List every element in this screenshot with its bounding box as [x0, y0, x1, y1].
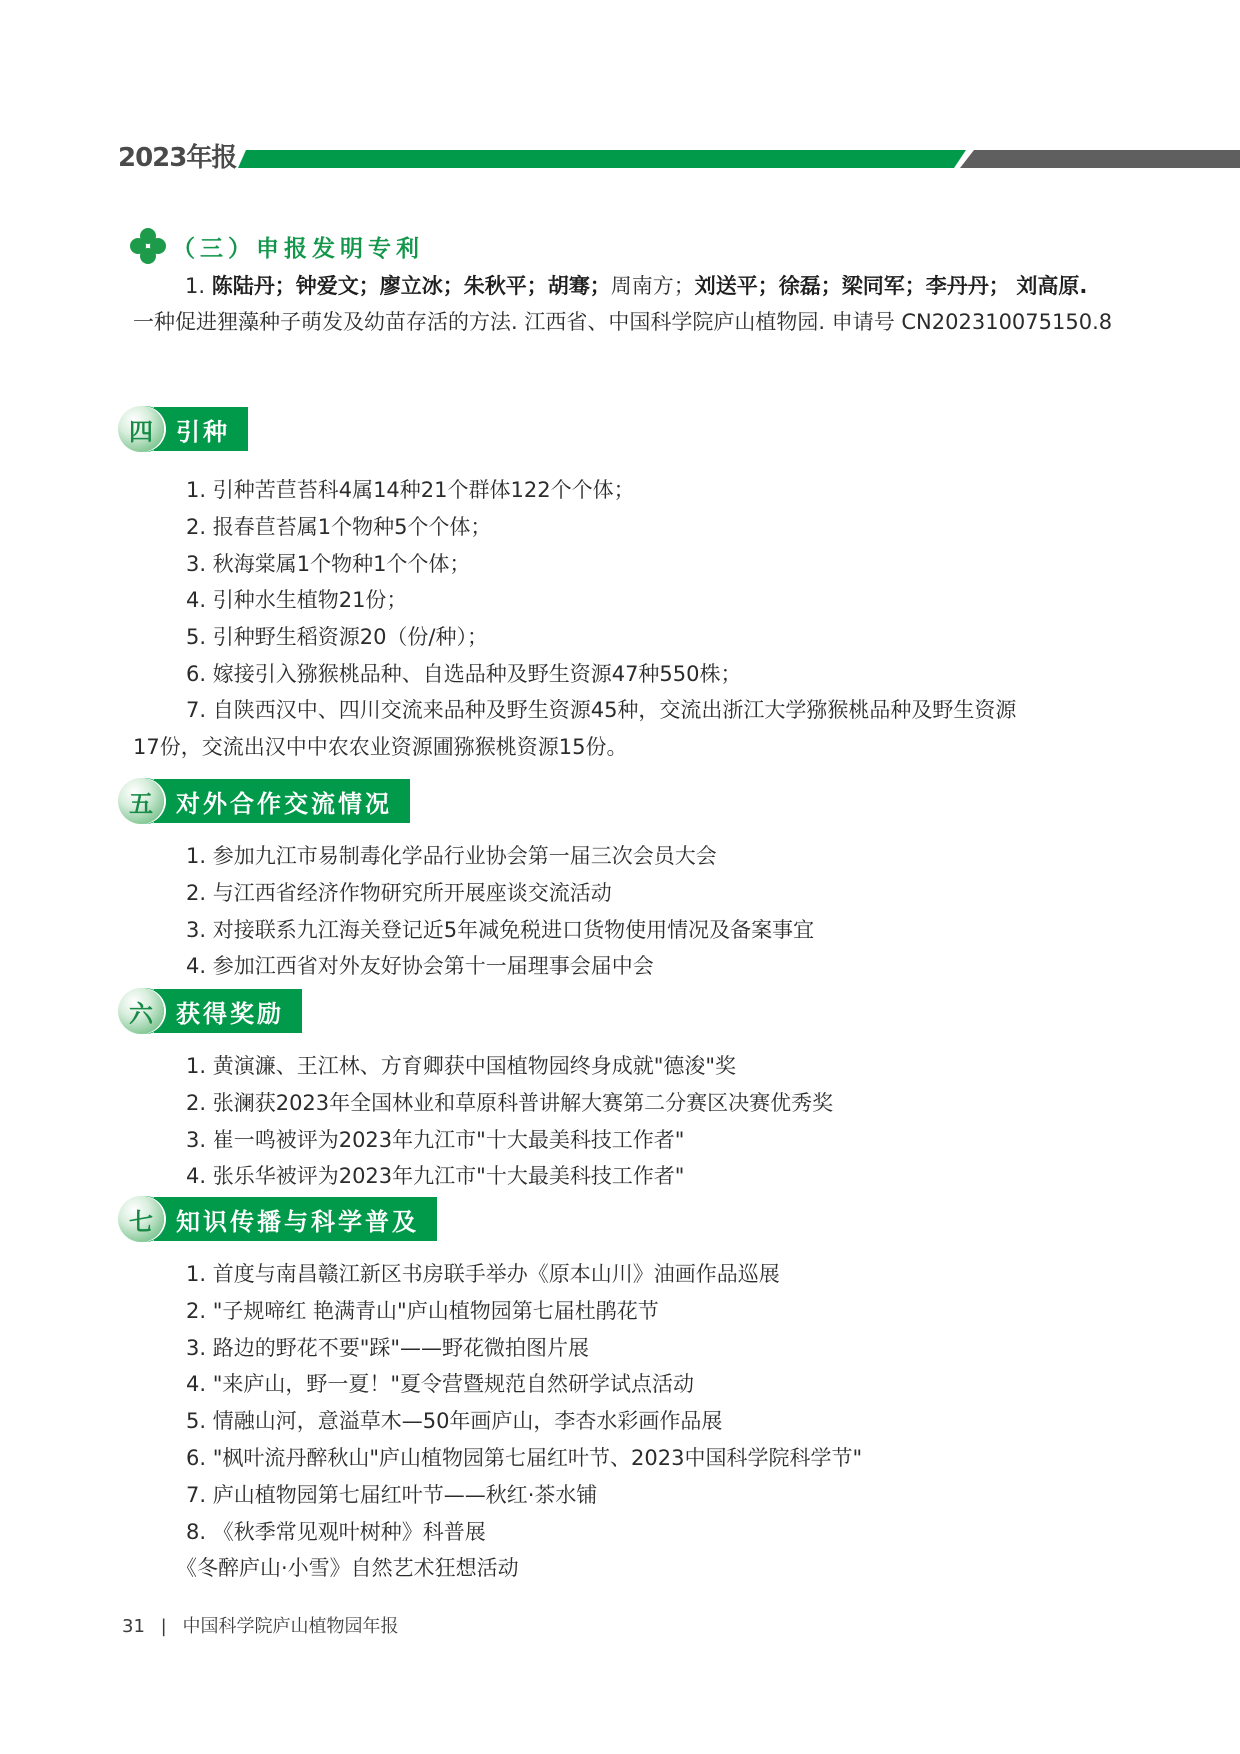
list-item: 3. 路边的野花不要"踩"——野花微拍图片展: [186, 1330, 862, 1367]
header-green-stripe: [238, 150, 966, 168]
section-header-awards: 六 获得奖励: [118, 988, 302, 1034]
list-item: 6. "枫叶流丹醉秋山"庐山植物园第七届红叶节、2023中国科学院科学节": [186, 1440, 862, 1477]
page-header: 2023年报: [118, 140, 1240, 180]
introduction-list: 1. 引种苦苣苔科4属14种21个群体122个个体； 2. 报春苣苔属1个物种5…: [186, 472, 742, 693]
outreach-list: 1. 首度与南昌赣江新区书房联手举办《原本山川》油画作品巡展 2. "子规啼红 …: [186, 1256, 862, 1587]
section-title: 引种: [154, 407, 248, 451]
list-item: 4. "来庐山，野一夏！"夏令营暨规范自然研学试点活动: [186, 1366, 862, 1403]
patent-description: 一种促进狸藻种子萌发及幼苗存活的方法. 江西省、中国科学院庐山植物园. 申请号: [133, 310, 895, 334]
section-title: 知识传播与科学普及: [154, 1197, 437, 1241]
list-item: 3. 崔一鸣被评为2023年九江市"十大最美科技工作者": [186, 1122, 833, 1159]
section-header-cooperation: 五 对外合作交流情况: [118, 778, 410, 824]
list-item: 1. 首度与南昌赣江新区书房联手举办《原本山川》油画作品巡展: [186, 1256, 862, 1293]
patent-title: （三）申报发明专利: [172, 230, 424, 263]
patent-authors-bold-b: 刘送平；徐磊；梁同军；李丹丹；: [695, 274, 1010, 298]
header-gray-stripe: [960, 150, 1240, 168]
list-item-long-line2: 17份，交流出汉中中农农业资源圃猕猴桃资源15份。: [133, 729, 1113, 765]
list-item-long-line1: 7. 自陕西汉中、四川交流来品种及野生资源45种，交流出浙江大学猕猴桃品种及野生…: [186, 692, 1126, 728]
list-item: 8. 《秋季常见观叶树种》科普展: [186, 1514, 862, 1551]
list-item: 6. 嫁接引入猕猴桃品种、自选品种及野生资源47种550株；: [186, 656, 742, 693]
cooperation-list: 1. 参加九江市易制毒化学品行业协会第一届三次会员大会 2. 与江西省经济作物研…: [186, 838, 814, 985]
list-item: 4. 张乐华被评为2023年九江市"十大最美科技工作者": [186, 1158, 833, 1195]
awards-list: 1. 黄演濂、王江林、方育卿获中国植物园终身成就"德浚"奖 2. 张澜获2023…: [186, 1048, 833, 1195]
list-item: 《冬醉庐山·小雪》自然艺术狂想活动: [176, 1550, 862, 1587]
list-item: 5. 引种野生稻资源20（份/种）；: [186, 619, 742, 656]
list-item: 4. 参加江西省对外友好协会第十一届理事会届中会: [186, 948, 814, 985]
patent-entry: 1. 陈陆丹；钟爱文；廖立冰；朱秋平；胡骞；周南方；刘送平；徐磊；梁同军；李丹丹…: [133, 268, 1113, 340]
section-number-badge: 六: [118, 988, 164, 1034]
list-item: 7. 庐山植物园第七届红叶节——秋红·茶水铺: [186, 1477, 862, 1514]
patent-subheading: （三）申报发明专利: [130, 228, 424, 264]
page-number: 31: [122, 1616, 145, 1637]
list-item: 1. 黄演濂、王江林、方育卿获中国植物园终身成就"德浚"奖: [186, 1048, 833, 1085]
section-number-badge: 七: [118, 1196, 164, 1242]
patent-author-normal: 周南方；: [611, 274, 695, 298]
list-item: 1. 参加九江市易制毒化学品行业协会第一届三次会员大会: [186, 838, 814, 875]
list-item: 3. 秋海棠属1个物种1个个体；: [186, 546, 742, 583]
report-year-title: 2023年报: [118, 140, 236, 176]
patent-application-number: CN202310075150.8: [901, 310, 1112, 334]
section-number-badge: 五: [118, 778, 164, 824]
list-item: 4. 引种水生植物21份；: [186, 582, 742, 619]
section-title: 获得奖励: [154, 989, 302, 1033]
list-item: 2. 与江西省经济作物研究所开展座谈交流活动: [186, 875, 814, 912]
section-number-badge: 四: [118, 406, 164, 452]
publication-name: 中国科学院庐山植物园年报: [182, 1616, 398, 1637]
patent-item-number: 1.: [185, 274, 205, 298]
page-footer: 31 | 中国科学院庐山植物园年报: [122, 1612, 398, 1638]
patent-authors-bold-a: 陈陆丹；钟爱文；廖立冰；朱秋平；胡骞；: [212, 274, 611, 298]
list-item: 2. 张澜获2023年全国林业和草原科普讲解大赛第二分赛区决赛优秀奖: [186, 1085, 833, 1122]
list-item: 2. 报春苣苔属1个物种5个个体；: [186, 509, 742, 546]
clover-icon: [130, 228, 166, 264]
section-title: 对外合作交流情况: [154, 779, 410, 823]
list-item: 1. 引种苦苣苔科4属14种21个群体122个个体；: [186, 472, 742, 509]
list-item: 3. 对接联系九江海关登记近5年减免税进口货物使用情况及备案事宜: [186, 912, 814, 949]
patent-authors-bold-c: 刘高原.: [1016, 274, 1087, 298]
footer-separator: |: [161, 1616, 167, 1637]
list-item: 5. 情融山河，意溢草木—50年画庐山，李杏水彩画作品展: [186, 1403, 862, 1440]
section-header-science-outreach: 七 知识传播与科学普及: [118, 1196, 437, 1242]
list-item: 2. "子规啼红 艳满青山"庐山植物园第七届杜鹃花节: [186, 1293, 862, 1330]
section-header-introduction: 四 引种: [118, 406, 248, 452]
